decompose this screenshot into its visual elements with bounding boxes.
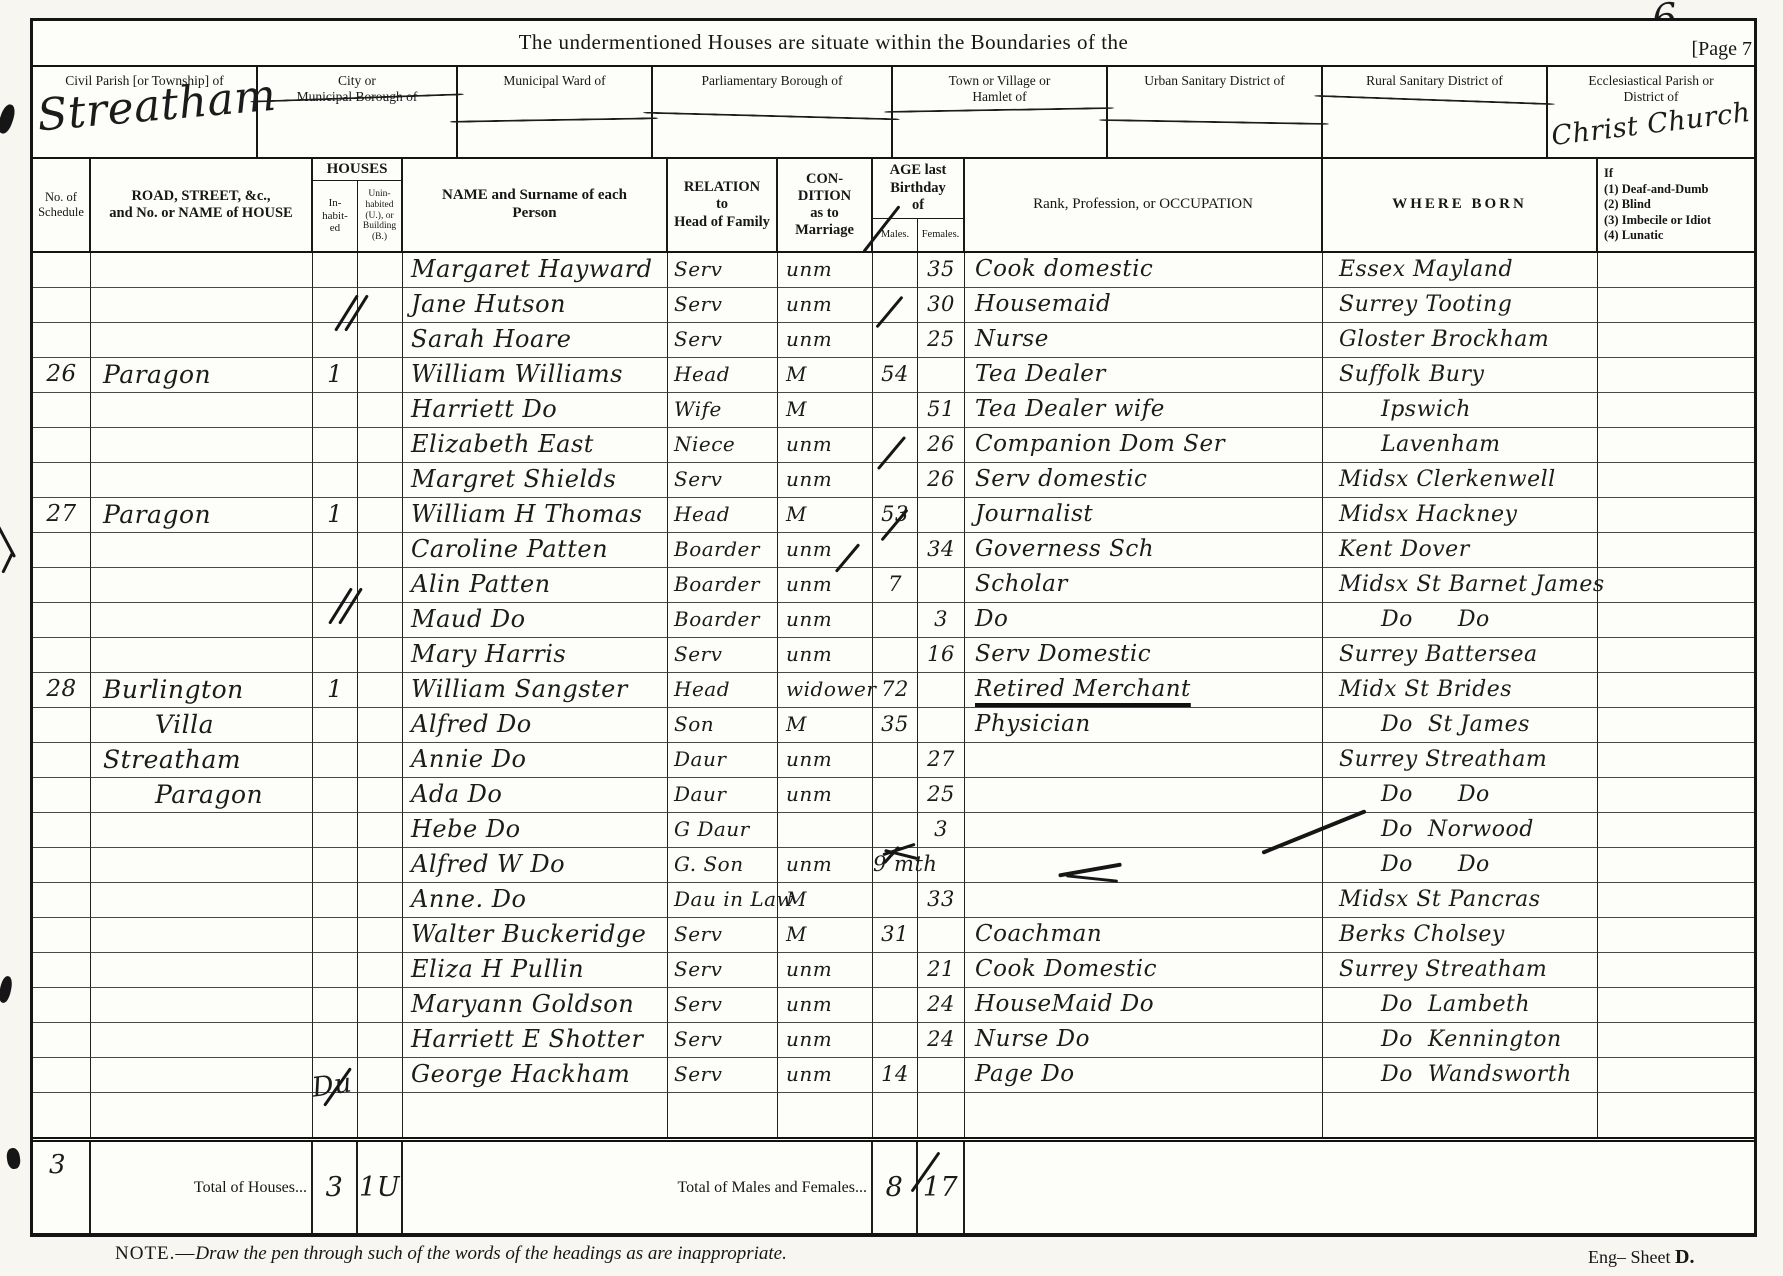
cell-road: Paragon	[91, 358, 313, 393]
cell-age-males	[873, 603, 918, 638]
cell-where-born: Berks Cholsey	[1323, 918, 1598, 953]
cell-occupation: Companion Dom Ser	[965, 428, 1323, 463]
header-females: Females.	[918, 219, 963, 251]
cell-name: Mary Harris	[403, 638, 668, 673]
cell-infirmity	[1598, 848, 1754, 883]
cell-condition: M	[778, 918, 873, 953]
cell-where-born: Do Do	[1323, 848, 1598, 883]
cell-name: Margret Shields	[403, 463, 668, 498]
cell-condition: unm	[778, 568, 873, 603]
cell-condition: unm	[778, 848, 873, 883]
cell-age-females: 3	[918, 603, 965, 638]
cell-schedule	[33, 813, 91, 848]
cell-age-females: 26	[918, 428, 965, 463]
total-females: 17	[918, 1142, 965, 1233]
table-row: Alin Patten Boarder unm 7 Scholar Midsx …	[33, 568, 1754, 603]
cell-age-males: 7	[873, 568, 918, 603]
cell-where-born: Do Norwood	[1323, 813, 1598, 848]
cell-relation: Serv	[668, 988, 778, 1023]
cell-occupation: Cook Domestic	[965, 953, 1323, 988]
cell-inhabited	[313, 953, 358, 988]
cell-road	[91, 953, 313, 988]
cell-occupation: Nurse	[965, 323, 1323, 358]
cell-name: George Hackham	[403, 1058, 668, 1093]
total-males-females-label: Total of Males and Females...	[403, 1142, 873, 1233]
cell-occupation: Journalist	[965, 498, 1323, 533]
cell-relation: Serv	[668, 638, 778, 673]
cell-uninhabited	[358, 463, 403, 498]
pen-strike-line	[884, 107, 1114, 113]
pen-strike-line	[1099, 119, 1329, 125]
totals-empty-cell	[965, 1142, 1754, 1233]
cell-occupation: Housemaid	[965, 288, 1323, 323]
table-row: Hebe Do G Daur 3 Do Norwood	[33, 813, 1754, 848]
header-where-born: WHERE BORN	[1323, 159, 1598, 251]
cell-condition: M	[778, 708, 873, 743]
cell-uninhabited	[358, 358, 403, 393]
cell-relation: Serv	[668, 1023, 778, 1058]
cell-relation: Dau in Law	[668, 883, 778, 918]
cell-condition: unm	[778, 1058, 873, 1093]
header-occupation: Rank, Profession, or OCCUPATION	[965, 159, 1323, 251]
cell-relation: Serv	[668, 1058, 778, 1093]
cell-age-males: 54	[873, 358, 918, 393]
census-form: The undermentioned Houses are situate wi…	[30, 18, 1757, 1237]
cell-relation: Daur	[668, 778, 778, 813]
location-header-label: Rural Sanitary District of	[1323, 73, 1546, 89]
cell-where-born: Midx St Brides	[1323, 673, 1598, 708]
cell-age-females	[918, 918, 965, 953]
footer-sheet-letter: D.	[1675, 1246, 1694, 1268]
cell-road: Paragon	[91, 778, 313, 813]
table-row: Walter Buckeridge Serv M 31 Coachman Ber…	[33, 918, 1754, 953]
pen-strike-line	[450, 117, 658, 123]
page-number-label: [Page 7	[1691, 38, 1752, 61]
cell-occupation: Nurse Do	[965, 1023, 1323, 1058]
cell-infirmity	[1598, 743, 1754, 778]
cell-uninhabited	[358, 568, 403, 603]
cell-uninhabited	[358, 778, 403, 813]
cell-occupation	[965, 778, 1323, 813]
cell-road	[91, 848, 313, 883]
cell-age-males	[873, 988, 918, 1023]
table-row: Anne. Do Dau in Law M 33 Midsx St Pancra…	[33, 883, 1754, 918]
cell-infirmity	[1598, 918, 1754, 953]
cell-infirmity	[1598, 498, 1754, 533]
cell-infirmity	[1598, 288, 1754, 323]
cell-name: Alin Patten	[403, 568, 668, 603]
cell-inhabited	[313, 393, 358, 428]
cell-name: Harriett Do	[403, 393, 668, 428]
cell-inhabited	[313, 638, 358, 673]
cell-where-born: Midsx Clerkenwell	[1323, 463, 1598, 498]
cell-where-born: Do Wandsworth	[1323, 1058, 1598, 1093]
cell-road	[91, 533, 313, 568]
cell-name: Sarah Hoare	[403, 323, 668, 358]
cell-condition	[778, 813, 873, 848]
cell-schedule	[33, 253, 91, 288]
cell-relation: Serv	[668, 918, 778, 953]
ink-blob	[0, 103, 17, 136]
table-row: Eliza H Pullin Serv unm 21 Cook Domestic…	[33, 953, 1754, 988]
cell-relation: Serv	[668, 253, 778, 288]
cell-schedule	[33, 393, 91, 428]
cell-infirmity	[1598, 428, 1754, 463]
header-uninhabited: Unin- habited (U.), or Building (B.)	[358, 181, 401, 251]
cell-name: Jane Hutson	[403, 288, 668, 323]
cell-road	[91, 1023, 313, 1058]
cell-uninhabited	[358, 498, 403, 533]
location-header-cell: Rural Sanitary District of	[1323, 67, 1548, 157]
cell-occupation: HouseMaid Do	[965, 988, 1323, 1023]
cell-where-born: Surrey Tooting	[1323, 288, 1598, 323]
cell-name: Annie Do	[403, 743, 668, 778]
cell-schedule	[33, 918, 91, 953]
cell-road: Paragon	[91, 498, 313, 533]
cell-inhabited	[313, 708, 358, 743]
cell-infirmity	[1598, 988, 1754, 1023]
location-header-label: Urban Sanitary District of	[1108, 73, 1321, 89]
cell-schedule	[33, 463, 91, 498]
cell-condition: M	[778, 358, 873, 393]
cell-where-born: Midsx St Pancras	[1323, 883, 1598, 918]
cell-inhabited	[313, 813, 358, 848]
cell-relation: Son	[668, 708, 778, 743]
cell-age-females: 27	[918, 743, 965, 778]
header-schedule: No. of Schedule	[33, 159, 91, 251]
cell-age-females: 51	[918, 393, 965, 428]
cell-occupation: Page Do	[965, 1058, 1323, 1093]
cell-where-born: Midsx St Barnet James	[1323, 568, 1598, 603]
header-road-street: ROAD, STREET, &c., and No. or NAME of HO…	[91, 159, 313, 251]
cell-inhabited	[313, 883, 358, 918]
cell-age-males: 72	[873, 673, 918, 708]
cell-uninhabited	[358, 253, 403, 288]
cell-road	[91, 323, 313, 358]
location-header-cell: City or Municipal Borough of	[258, 67, 458, 157]
cell-infirmity	[1598, 883, 1754, 918]
cell-age-females: 25	[918, 778, 965, 813]
cell-inhabited: 1	[313, 358, 358, 393]
cell-where-born: Midsx Hackney	[1323, 498, 1598, 533]
table-row: Maryann Goldson Serv unm 24 HouseMaid Do…	[33, 988, 1754, 1023]
cell-age-males	[873, 638, 918, 673]
cell-road	[91, 638, 313, 673]
cell-infirmity	[1598, 568, 1754, 603]
cell-uninhabited	[358, 533, 403, 568]
header-inhabited: In- habit- ed	[313, 181, 358, 251]
location-header-cell: Urban Sanitary District of	[1108, 67, 1323, 157]
cell-name: William Williams	[403, 358, 668, 393]
cell-name: Anne. Do	[403, 883, 668, 918]
cell-name: Harriett E Shotter	[403, 1023, 668, 1058]
cell-inhabited	[313, 918, 358, 953]
cell-age-females: 24	[918, 1023, 965, 1058]
cell-uninhabited	[358, 393, 403, 428]
cell-relation: G. Son	[668, 848, 778, 883]
cell-age-males	[873, 883, 918, 918]
table-row: Villa Alfred Do Son M 35 Physician Do St…	[33, 708, 1754, 743]
table-body: Margaret Hayward Serv unm 35 Cook domest…	[33, 253, 1754, 1093]
location-header-cell: Ecclesiastical Parish or District of Chr…	[1548, 67, 1754, 157]
cell-relation: Head	[668, 498, 778, 533]
cell-occupation: Serv domestic	[965, 463, 1323, 498]
location-header-row: Civil Parish [or Township] of Streatham …	[33, 65, 1754, 159]
cell-inhabited	[313, 533, 358, 568]
cell-inhabited	[313, 743, 358, 778]
cell-where-born: Surrey Streatham	[1323, 953, 1598, 988]
cell-schedule	[33, 603, 91, 638]
census-scan-page: 6 The undermentioned Houses are situate …	[0, 0, 1783, 1276]
total-schedules: 3	[33, 1142, 91, 1233]
cell-road: Villa	[91, 708, 313, 743]
table-row: 26 Paragon 1 William Williams Head M 54 …	[33, 358, 1754, 393]
footer-note-text: Draw the pen through such of the words o…	[195, 1243, 786, 1264]
location-header-label: Parliamentary Borough of	[653, 73, 891, 89]
cell-schedule	[33, 988, 91, 1023]
table-row: Elizabeth East Niece unm 26 Companion Do…	[33, 428, 1754, 463]
cell-name: Ada Do	[403, 778, 668, 813]
table-row: Mary Harris Serv unm 16 Serv Domestic Su…	[33, 638, 1754, 673]
cell-uninhabited	[358, 1023, 403, 1058]
cell-road	[91, 1058, 313, 1093]
cell-relation: Serv	[668, 288, 778, 323]
cell-infirmity	[1598, 603, 1754, 638]
cell-occupation	[965, 883, 1323, 918]
ink-blob	[0, 975, 14, 1004]
total-inhabited: 3	[313, 1142, 358, 1233]
table-row: Maud Do Boarder unm 3 Do Do Do	[33, 603, 1754, 638]
table-row: 28 Burlington 1 William Sangster Head wi…	[33, 673, 1754, 708]
cell-occupation	[965, 743, 1323, 778]
cell-uninhabited	[358, 638, 403, 673]
cell-uninhabited	[358, 708, 403, 743]
cell-name: Elizabeth East	[403, 428, 668, 463]
table-row: Streatham Annie Do Daur unm 27 Surrey St…	[33, 743, 1754, 778]
cell-relation: Niece	[668, 428, 778, 463]
cell-inhabited	[313, 568, 358, 603]
cell-age-males: 35	[873, 708, 918, 743]
cell-infirmity	[1598, 708, 1754, 743]
cell-condition: unm	[778, 603, 873, 638]
cell-schedule	[33, 778, 91, 813]
cell-age-females: 33	[918, 883, 965, 918]
location-header-label: Town or Village or Hamlet of	[893, 73, 1106, 105]
cell-age-females	[918, 568, 965, 603]
cell-inhabited	[313, 603, 358, 638]
cell-age-females	[918, 358, 965, 393]
cell-name: Hebe Do	[403, 813, 668, 848]
header-age: AGE last Birthday of	[873, 159, 963, 219]
cell-infirmity	[1598, 953, 1754, 988]
cell-relation: Serv	[668, 463, 778, 498]
cell-road	[91, 603, 313, 638]
cell-condition: unm	[778, 253, 873, 288]
cell-schedule: 27	[33, 498, 91, 533]
cell-age-females: 16	[918, 638, 965, 673]
cell-relation: G Daur	[668, 813, 778, 848]
cell-inhabited	[313, 428, 358, 463]
cell-uninhabited	[358, 988, 403, 1023]
cell-uninhabited	[358, 848, 403, 883]
cell-name: Alfred Do	[403, 708, 668, 743]
cell-uninhabited	[358, 953, 403, 988]
cell-age-females: 3	[918, 813, 965, 848]
cell-condition: unm	[778, 743, 873, 778]
header-males: Males.	[873, 219, 918, 251]
cell-where-born: Do Do	[1323, 778, 1598, 813]
cell-age-females: 26	[918, 463, 965, 498]
ink-stroke	[0, 514, 16, 558]
cell-infirmity	[1598, 393, 1754, 428]
header-name: NAME and Surname of each Person	[403, 159, 668, 251]
location-header-cell: Parliamentary Borough of	[653, 67, 893, 157]
cell-infirmity	[1598, 813, 1754, 848]
cell-schedule	[33, 428, 91, 463]
cell-inhabited	[313, 848, 358, 883]
cell-schedule	[33, 568, 91, 603]
location-header-cell: Civil Parish [or Township] of Streatham	[33, 67, 258, 157]
cell-age-females	[918, 498, 965, 533]
cell-age-males	[873, 953, 918, 988]
cell-condition: M	[778, 393, 873, 428]
cell-road	[91, 813, 313, 848]
table-row: Caroline Patten Boarder unm 34 Governess…	[33, 533, 1754, 568]
cell-where-born: Lavenham	[1323, 428, 1598, 463]
cell-name: Eliza H Pullin	[403, 953, 668, 988]
cell-schedule	[33, 323, 91, 358]
cell-condition: unm	[778, 463, 873, 498]
cell-where-born: Do Lambeth	[1323, 988, 1598, 1023]
cell-age-males	[873, 393, 918, 428]
cell-condition: M	[778, 883, 873, 918]
cell-uninhabited	[358, 1058, 403, 1093]
cell-uninhabited	[358, 918, 403, 953]
footer-sheet-label: Eng– Sheet D.	[1588, 1246, 1694, 1269]
cell-relation: Wife	[668, 393, 778, 428]
cell-name: Caroline Patten	[403, 533, 668, 568]
cell-infirmity	[1598, 533, 1754, 568]
cell-road	[91, 568, 313, 603]
cell-road	[91, 428, 313, 463]
cell-occupation: Do	[965, 603, 1323, 638]
cell-condition: unm	[778, 638, 873, 673]
pen-strike-line	[644, 112, 901, 121]
cell-condition: unm	[778, 778, 873, 813]
cell-inhabited	[313, 988, 358, 1023]
footer-note: NOTE.—Draw the pen through such of the w…	[115, 1243, 787, 1265]
table-row: Harriett Do Wife M 51 Tea Dealer wife Ip…	[33, 393, 1754, 428]
cell-age-females	[918, 848, 965, 883]
cell-name: Margaret Hayward	[403, 253, 668, 288]
cell-uninhabited	[358, 813, 403, 848]
cell-age-males: 31	[873, 918, 918, 953]
cell-schedule	[33, 743, 91, 778]
cell-age-males	[873, 743, 918, 778]
cell-occupation: Governess Sch	[965, 533, 1323, 568]
cell-where-born: Ipswich	[1323, 393, 1598, 428]
cell-condition: unm	[778, 988, 873, 1023]
cell-inhabited	[313, 253, 358, 288]
location-header-cell: Municipal Ward of	[458, 67, 653, 157]
cell-age-females: 21	[918, 953, 965, 988]
footer-note-label: NOTE.—	[115, 1243, 195, 1264]
cell-road	[91, 988, 313, 1023]
cell-name: Maryann Goldson	[403, 988, 668, 1023]
header-infirmity: If (1) Deaf-and-Dumb (2) Blind (3) Imbec…	[1598, 159, 1754, 251]
cell-condition: unm	[778, 428, 873, 463]
cell-uninhabited	[358, 673, 403, 708]
cell-age-males	[873, 253, 918, 288]
cell-infirmity	[1598, 638, 1754, 673]
cell-occupation: Serv Domestic	[965, 638, 1323, 673]
cell-occupation	[965, 848, 1323, 883]
cell-age-females: 35	[918, 253, 965, 288]
ink-stroke	[1, 552, 13, 573]
cell-uninhabited	[358, 743, 403, 778]
cell-inhabited: 1	[313, 498, 358, 533]
cell-schedule	[33, 883, 91, 918]
cell-relation: Head	[668, 358, 778, 393]
cell-age-females	[918, 673, 965, 708]
cell-name: William Sangster	[403, 673, 668, 708]
table-header-row: No. of Schedule ROAD, STREET, &c., and N…	[33, 159, 1754, 253]
cell-condition: M	[778, 498, 873, 533]
table-row: Margaret Hayward Serv unm 35 Cook domest…	[33, 253, 1754, 288]
cell-occupation: Physician	[965, 708, 1323, 743]
cell-where-born: Do Kennington	[1323, 1023, 1598, 1058]
cell-name: Maud Do	[403, 603, 668, 638]
cell-occupation: Retired Merchant	[965, 673, 1323, 708]
cell-schedule	[33, 953, 91, 988]
cell-where-born: Surrey Streatham	[1323, 743, 1598, 778]
cell-infirmity	[1598, 253, 1754, 288]
cell-where-born: Do Do	[1323, 603, 1598, 638]
cell-age-females: 24	[918, 988, 965, 1023]
table-row: Harriett E Shotter Serv unm 24 Nurse Do …	[33, 1023, 1754, 1058]
cell-schedule	[33, 533, 91, 568]
location-header-cell: Town or Village or Hamlet of	[893, 67, 1108, 157]
cell-condition: unm	[778, 533, 873, 568]
cell-occupation: Tea Dealer wife	[965, 393, 1323, 428]
cell-age-females	[918, 708, 965, 743]
cell-road	[91, 393, 313, 428]
cell-uninhabited	[358, 323, 403, 358]
pen-strike-line	[1314, 95, 1555, 105]
table-row: Paragon Ada Do Daur unm 25 Do Do	[33, 778, 1754, 813]
cell-age-males: 14	[873, 1058, 918, 1093]
cell-relation: Boarder	[668, 533, 778, 568]
cell-schedule: 26	[33, 358, 91, 393]
header-condition: CON- DITION as to Marriage	[778, 159, 873, 251]
cell-relation: Boarder	[668, 568, 778, 603]
total-houses-label: Total of Houses...	[91, 1142, 313, 1233]
cell-infirmity	[1598, 673, 1754, 708]
cell-name: William H Thomas	[403, 498, 668, 533]
cell-relation: Daur	[668, 743, 778, 778]
cell-uninhabited	[358, 603, 403, 638]
cell-road	[91, 463, 313, 498]
cell-condition: unm	[778, 323, 873, 358]
cell-relation: Serv	[668, 323, 778, 358]
cell-relation: Head	[668, 673, 778, 708]
cell-condition: unm	[778, 953, 873, 988]
cell-occupation: Scholar	[965, 568, 1323, 603]
cell-condition: unm	[778, 1023, 873, 1058]
cell-schedule	[33, 1058, 91, 1093]
header-age-group: AGE last Birthday of Males. Females.	[873, 159, 965, 251]
cell-where-born: Essex Mayland	[1323, 253, 1598, 288]
